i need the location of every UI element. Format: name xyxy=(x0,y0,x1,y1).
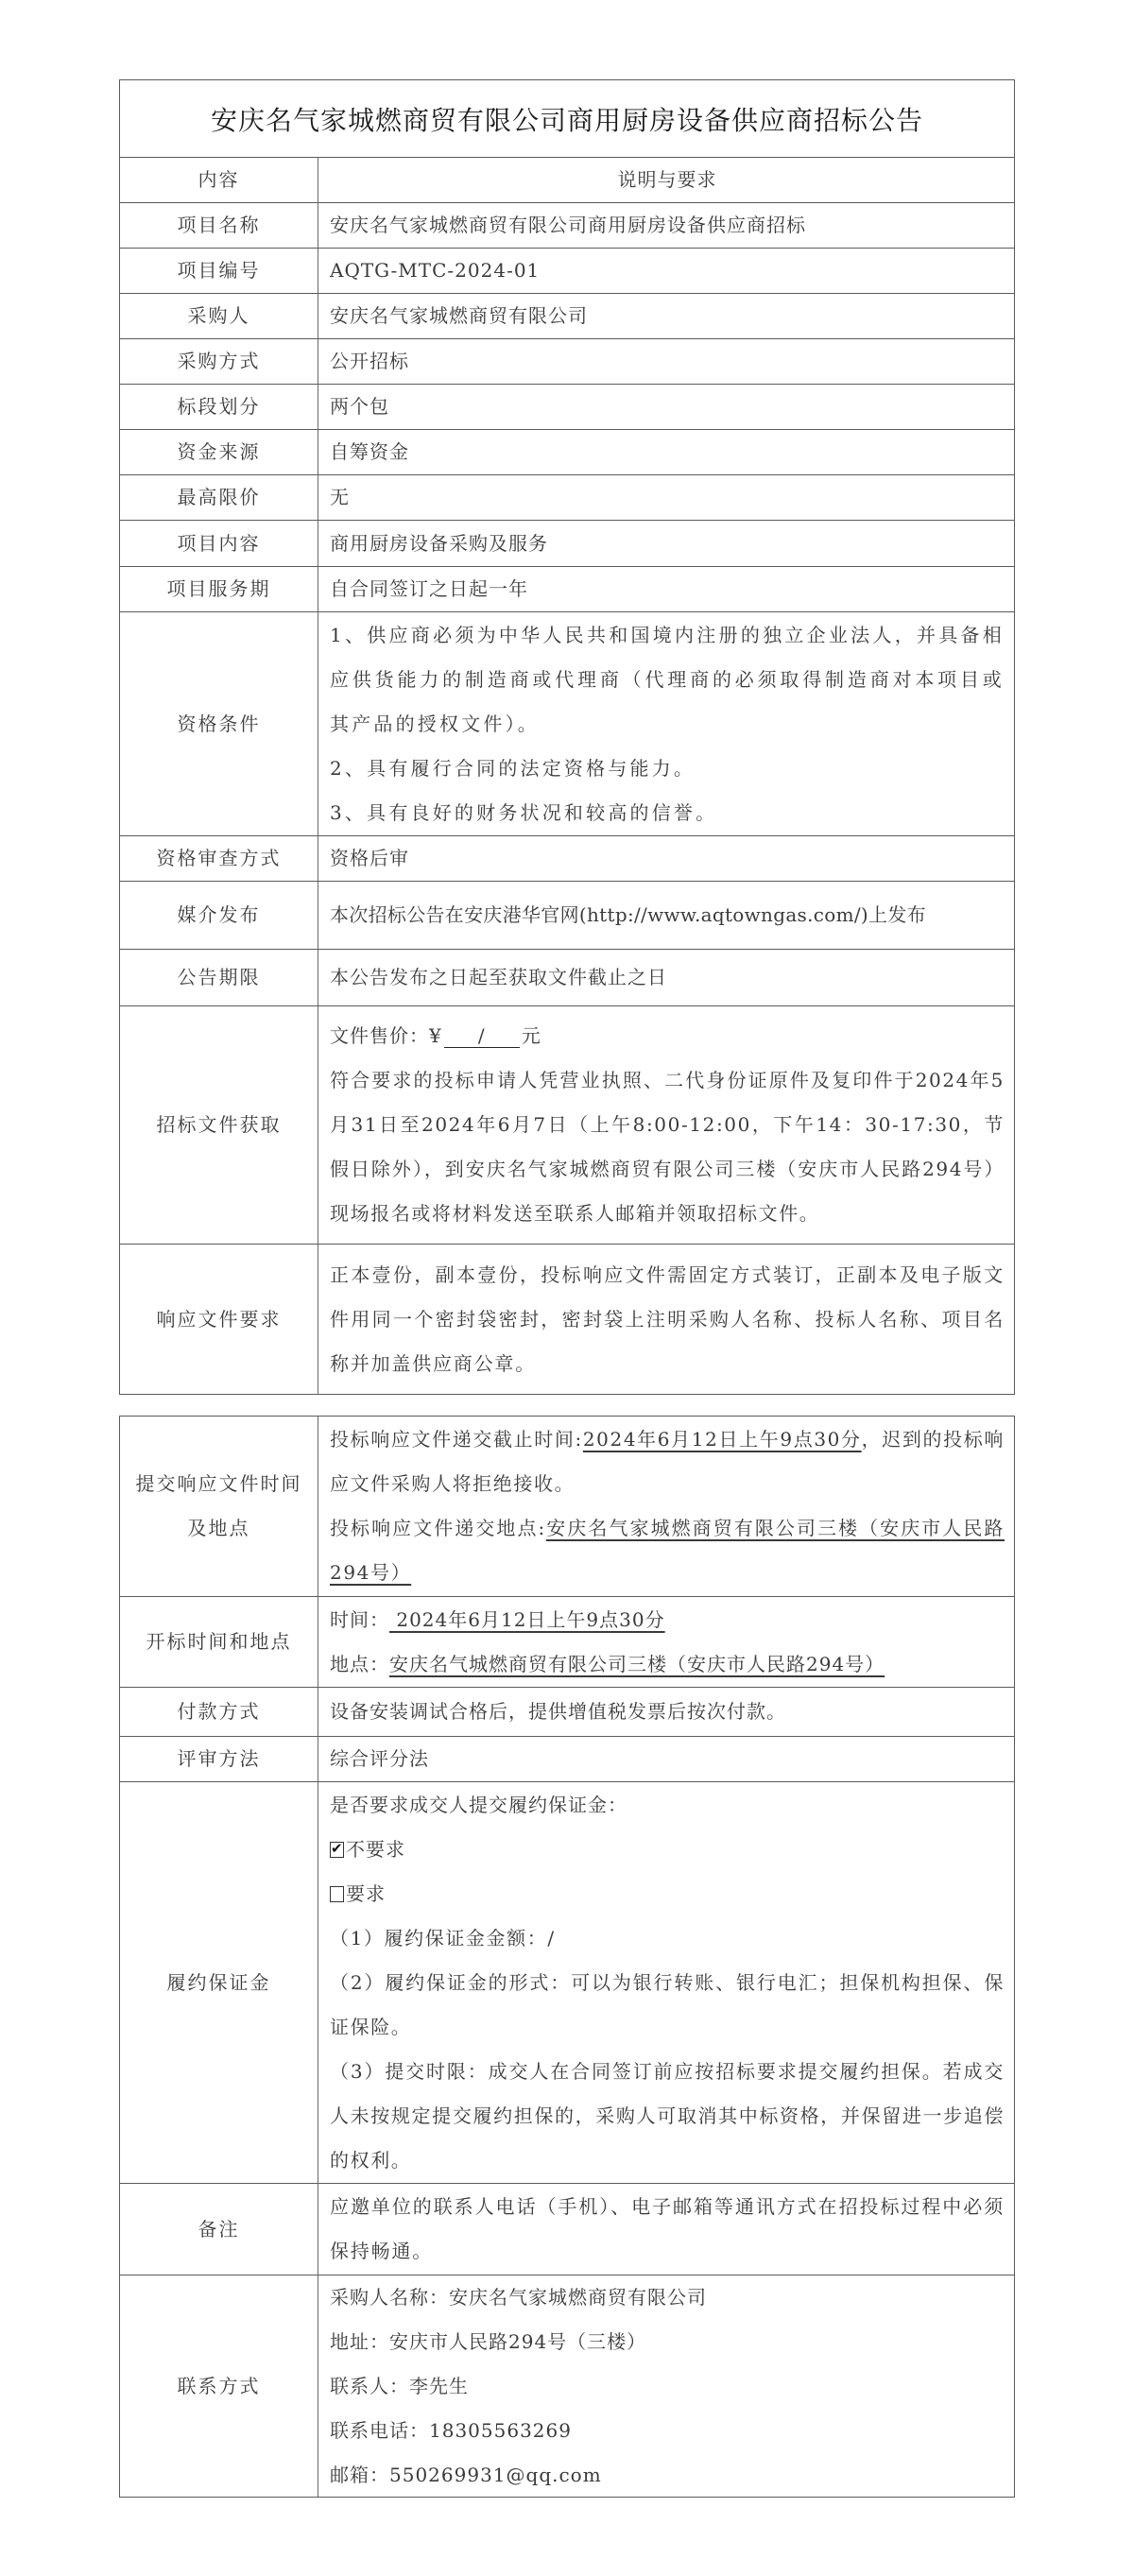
header-label: 内容 xyxy=(120,158,318,202)
row-value: 投标响应文件递交截止时间:2024年6月12日上午9点30分，迟到的投标响应文件… xyxy=(318,1417,1014,1596)
row-contact: 联系方式 采购人名称：安庆名气家城燃商贸有限公司 地址：安庆市人民路294号（三… xyxy=(120,2275,1014,2497)
row-label: 开标时间和地点 xyxy=(120,1597,318,1687)
qualification-item-2: 2、具有履行合同的法定资格与能力。 xyxy=(330,747,1005,791)
obtain-text: 符合要求的投标申请人凭营业执照、二代身份证原件及复印件于2024年5月31日至2… xyxy=(330,1058,1005,1236)
row-label: 公告期限 xyxy=(120,950,318,1005)
row-purchaser: 采购人 安庆名气家城燃商贸有限公司 xyxy=(120,293,1014,338)
row-payment: 付款方式 设备安装调试合格后，提供增值税发票后按次付款。 xyxy=(120,1687,1014,1736)
bond-item-3: （3）提交时限：成交人在合同签订前应按招标要求提交履约担保。若成交人未按规定提交… xyxy=(330,2050,1005,2183)
place-prefix: 投标响应文件递交地点: xyxy=(330,1517,546,1539)
bond-question: 是否要求成交人提交履约保证金： xyxy=(330,1783,1005,1828)
row-service-period: 项目服务期 自合同签订之日起一年 xyxy=(120,566,1014,611)
contact-purchaser: 采购人名称：安庆名气家城燃商贸有限公司 xyxy=(330,2275,1005,2320)
qualification-item-3: 3、具有良好的财务状况和较高的信誉。 xyxy=(330,791,1005,835)
row-qualification: 资格条件 1、供应商必须为中华人民共和国境内注册的独立企业法人，并具备相应供货能… xyxy=(120,611,1014,835)
row-value: 资格后审 xyxy=(318,836,1014,881)
place-value: 安庆名气城燃商贸有限公司三楼（安庆市人民路294号） xyxy=(389,1653,885,1675)
row-label: 付款方式 xyxy=(120,1688,318,1736)
row-value: 商用厨房设备采购及服务 xyxy=(318,521,1014,566)
row-period: 公告期限 本公告发布之日起至获取文件截止之日 xyxy=(120,949,1014,1005)
row-value: 本次招标公告在安庆港华官网(http://www.aqtowngas.com/)… xyxy=(318,882,1014,949)
bond-item-2: （2）履约保证金的形式：可以为银行转账、银行电汇；担保机构担保、保证保险。 xyxy=(330,1961,1005,2050)
row-label: 评审方法 xyxy=(120,1737,318,1781)
opening-time: 时间： 2024年6月12日上午9点30分 xyxy=(330,1598,1005,1642)
row-value: 应邀单位的联系人电话（手机）、电子邮箱等通讯方式在招投标过程中必须保持畅通。 xyxy=(318,2184,1014,2275)
row-funding: 资金来源 自筹资金 xyxy=(120,429,1014,474)
time-prefix: 时间： xyxy=(330,1608,389,1631)
row-label: 媒介发布 xyxy=(120,882,318,949)
row-value: 自筹资金 xyxy=(318,430,1014,474)
header-row: 内容 说明与要求 xyxy=(120,157,1014,202)
row-bond: 履约保证金 是否要求成交人提交履约保证金： 不要求 要求 （1）履约保证金金额：… xyxy=(120,1781,1014,2183)
row-label: 项目服务期 xyxy=(120,567,318,611)
row-opening: 开标时间和地点 时间： 2024年6月12日上午9点30分 地点：安庆名气城燃商… xyxy=(120,1596,1014,1687)
row-project-name: 项目名称 安庆名气家城燃商贸有限公司商用厨房设备供应商招标 xyxy=(120,202,1014,248)
remarks-text: 应邀单位的联系人电话（手机）、电子邮箱等通讯方式在招投标过程中必须保持畅通。 xyxy=(330,2185,1005,2274)
row-label: 项目内容 xyxy=(120,521,318,566)
row-media: 媒介发布 本次招标公告在安庆港华官网(http://www.aqtowngas.… xyxy=(120,881,1014,949)
price-suffix: 元 xyxy=(522,1024,541,1047)
row-label: 响应文件要求 xyxy=(120,1245,318,1394)
place-prefix: 地点： xyxy=(330,1653,389,1675)
page-title: 安庆名气家城燃商贸有限公司商用厨房设备供应商招标公告 xyxy=(211,100,923,138)
row-label: 标段划分 xyxy=(120,385,318,429)
row-value: AQTG-MTC-2024-01 xyxy=(318,249,1014,293)
media-text: 本次招标公告在安庆港华官网(http://www.aqtowngas.com/)… xyxy=(330,893,1005,937)
tender-table-part-1: 安庆名气家城燃商贸有限公司商用厨房设备供应商招标公告 内容 说明与要求 项目名称… xyxy=(119,79,1015,1395)
row-label: 联系方式 xyxy=(120,2275,318,2497)
deadline-prefix: 投标响应文件递交截止时间: xyxy=(330,1428,583,1451)
row-remarks: 备注 应邀单位的联系人电话（手机）、电子邮箱等通讯方式在招投标过程中必须保持畅通… xyxy=(120,2183,1014,2275)
row-label: 采购方式 xyxy=(120,339,318,384)
row-label: 招标文件获取 xyxy=(120,1006,318,1244)
row-value: 1、供应商必须为中华人民共和国境内注册的独立企业法人，并具备相应供货能力的制造商… xyxy=(318,612,1014,835)
opening-place: 地点：安庆名气城燃商贸有限公司三楼（安庆市人民路294号） xyxy=(330,1642,1005,1687)
row-value: 是否要求成交人提交履约保证金： 不要求 要求 （1）履约保证金金额：/ （2）履… xyxy=(318,1782,1014,2183)
bond-option-required[interactable]: 要求 xyxy=(330,1872,1005,1916)
contact-email[interactable]: 邮箱：550269931@qq.com xyxy=(330,2453,1005,2498)
row-value: 综合评分法 xyxy=(318,1737,1014,1781)
row-label: 项目编号 xyxy=(120,249,318,293)
bond-item-1: （1）履约保证金金额：/ xyxy=(330,1916,1005,1961)
contact-address: 地址：安庆市人民路294号（三楼） xyxy=(330,2320,1005,2364)
row-value: 正本壹份，副本壹份，投标响应文件需固定方式装订，正副本及电子版文件用同一个密封袋… xyxy=(318,1245,1014,1394)
row-obtain: 招标文件获取 文件售价：¥/元 符合要求的投标申请人凭营业执照、二代身份证原件及… xyxy=(120,1005,1014,1244)
row-label: 采购人 xyxy=(120,294,318,338)
row-response-requirements: 响应文件要求 正本壹份，副本壹份，投标响应文件需固定方式装订，正副本及电子版文件… xyxy=(120,1244,1014,1394)
row-value: 设备安装调试合格后，提供增值税发票后按次付款。 xyxy=(318,1688,1014,1736)
row-max-price: 最高限价 无 xyxy=(120,474,1014,520)
row-value: 公开招标 xyxy=(318,339,1014,384)
tender-table-part-2: 提交响应文件时间及地点 投标响应文件递交截止时间:2024年6月12日上午9点3… xyxy=(119,1416,1015,2498)
checkbox-unchecked-icon[interactable] xyxy=(330,1886,344,1902)
row-evaluation: 评审方法 综合评分法 xyxy=(120,1736,1014,1781)
title-row: 安庆名气家城燃商贸有限公司商用厨房设备供应商招标公告 xyxy=(120,80,1014,157)
row-label: 备注 xyxy=(120,2184,318,2275)
row-submit: 提交响应文件时间及地点 投标响应文件递交截止时间:2024年6月12日上午9点3… xyxy=(120,1417,1014,1596)
document-price: 文件售价：¥/元 xyxy=(330,1014,1005,1058)
option-label: 要求 xyxy=(346,1882,386,1905)
row-value: 自合同签订之日起一年 xyxy=(318,567,1014,611)
row-method: 采购方式 公开招标 xyxy=(120,338,1014,384)
row-value: 本公告发布之日起至获取文件截止之日 xyxy=(318,950,1014,1005)
checkbox-checked-icon[interactable] xyxy=(330,1842,344,1858)
row-label: 最高限价 xyxy=(120,475,318,520)
price-prefix: 文件售价：¥ xyxy=(330,1024,442,1047)
response-text: 正本壹份，副本壹份，投标响应文件需固定方式装订，正副本及电子版文件用同一个密封袋… xyxy=(330,1253,1005,1386)
row-value: 采购人名称：安庆名气家城燃商贸有限公司 地址：安庆市人民路294号（三楼） 联系… xyxy=(318,2275,1014,2497)
row-label: 资格条件 xyxy=(120,612,318,835)
contact-person: 联系人：李先生 xyxy=(330,2364,1005,2409)
submit-place: 投标响应文件递交地点:安庆名气家城燃商贸有限公司三楼（安庆市人民路294号） xyxy=(330,1506,1005,1595)
deadline-value: 2024年6月12日上午9点30分 xyxy=(583,1428,862,1451)
row-label: 项目名称 xyxy=(120,203,318,248)
row-value: 两个包 xyxy=(318,385,1014,429)
option-label: 不要求 xyxy=(346,1838,405,1861)
bond-option-not-required[interactable]: 不要求 xyxy=(330,1828,1005,1872)
row-value: 时间： 2024年6月12日上午9点30分 地点：安庆名气城燃商贸有限公司三楼（… xyxy=(318,1597,1014,1687)
row-label: 提交响应文件时间及地点 xyxy=(120,1417,318,1596)
qualification-item-1: 1、供应商必须为中华人民共和国境内注册的独立企业法人，并具备相应供货能力的制造商… xyxy=(330,613,1005,747)
row-value: 安庆名气家城燃商贸有限公司 xyxy=(318,294,1014,338)
submit-deadline: 投标响应文件递交截止时间:2024年6月12日上午9点30分，迟到的投标响应文件… xyxy=(330,1417,1005,1506)
row-project-no: 项目编号 AQTG-MTC-2024-01 xyxy=(120,248,1014,293)
row-label: 资金来源 xyxy=(120,430,318,474)
row-value: 无 xyxy=(318,475,1014,520)
time-value: 2024年6月12日上午9点30分 xyxy=(389,1608,665,1631)
row-value: 文件售价：¥/元 符合要求的投标申请人凭营业执照、二代身份证原件及复印件于202… xyxy=(318,1006,1014,1244)
row-lots: 标段划分 两个包 xyxy=(120,384,1014,429)
row-review: 资格审查方式 资格后审 xyxy=(120,835,1014,881)
row-value: 安庆名气家城燃商贸有限公司商用厨房设备供应商招标 xyxy=(318,203,1014,248)
header-value: 说明与要求 xyxy=(318,158,1014,202)
price-value: / xyxy=(444,1024,520,1048)
row-label: 资格审查方式 xyxy=(120,836,318,881)
row-label: 履约保证金 xyxy=(120,1782,318,2183)
row-content: 项目内容 商用厨房设备采购及服务 xyxy=(120,520,1014,566)
contact-phone: 联系电话：18305563269 xyxy=(330,2409,1005,2453)
